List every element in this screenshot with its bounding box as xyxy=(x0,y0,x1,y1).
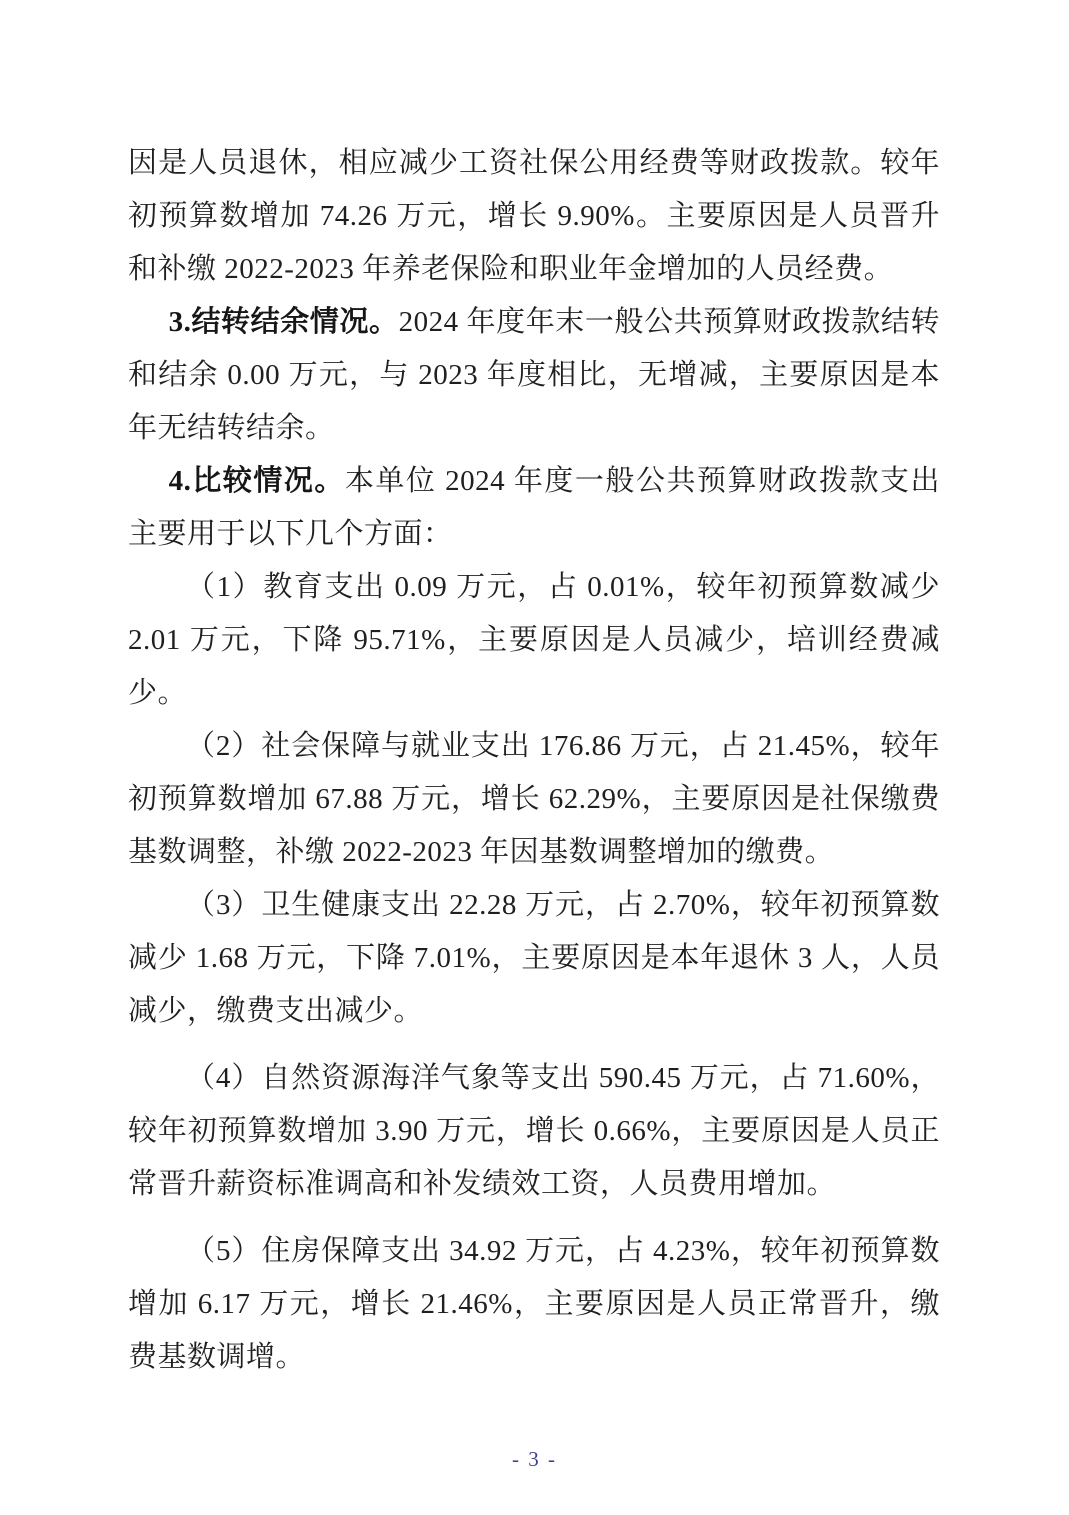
document-page: 因是人员退休，相应减少工资社保公用经费等财政拨款。较年初预算数增加 74.26 … xyxy=(0,0,1069,1515)
paragraph-lead: 3.结转结余情况。 xyxy=(169,306,399,338)
document-body: 因是人员退休，相应减少工资社保公用经费等财政拨款。较年初预算数增加 74.26 … xyxy=(128,137,940,1384)
paragraph: 3.结转结余情况。2024 年度年末一般公共预算财政拨款结转和结余 0.00 万… xyxy=(128,296,940,455)
paragraph: （4）自然资源海洋气象等支出 590.45 万元，占 71.60%，较年初预算数… xyxy=(128,1052,940,1211)
paragraph: （5）住房保障支出 34.92 万元，占 4.23%，较年初预算数增加 6.17… xyxy=(128,1225,940,1384)
page-number: - 3 - xyxy=(512,1447,557,1471)
paragraph-text: （4）自然资源海洋气象等支出 590.45 万元，占 71.60%，较年初预算数… xyxy=(128,1062,940,1200)
paragraph: 因是人员退休，相应减少工资社保公用经费等财政拨款。较年初预算数增加 74.26 … xyxy=(128,137,940,296)
paragraph: （2）社会保障与就业支出 176.86 万元，占 21.45%，较年初预算数增加… xyxy=(128,720,940,879)
paragraph-text: （3）卫生健康支出 22.28 万元，占 2.70%，较年初预算数减少 1.68… xyxy=(128,889,940,1027)
paragraph: （3）卫生健康支出 22.28 万元，占 2.70%，较年初预算数减少 1.68… xyxy=(128,879,940,1038)
paragraph-text: 因是人员退休，相应减少工资社保公用经费等财政拨款。较年初预算数增加 74.26 … xyxy=(128,147,940,285)
paragraph-text: （2）社会保障与就业支出 176.86 万元，占 21.45%，较年初预算数增加… xyxy=(128,730,940,868)
paragraph-lead: 4.比较情况。 xyxy=(169,465,345,497)
paragraph: 4.比较情况。本单位 2024 年度一般公共预算财政拨款支出主要用于以下几个方面… xyxy=(128,455,940,561)
paragraph: （1）教育支出 0.09 万元，占 0.01%，较年初预算数减少 2.01 万元… xyxy=(128,561,940,720)
paragraph-text: （1）教育支出 0.09 万元，占 0.01%，较年初预算数减少 2.01 万元… xyxy=(128,571,940,709)
paragraph-text: （5）住房保障支出 34.92 万元，占 4.23%，较年初预算数增加 6.17… xyxy=(128,1235,940,1373)
page-footer: - 3 - xyxy=(0,1444,1069,1474)
